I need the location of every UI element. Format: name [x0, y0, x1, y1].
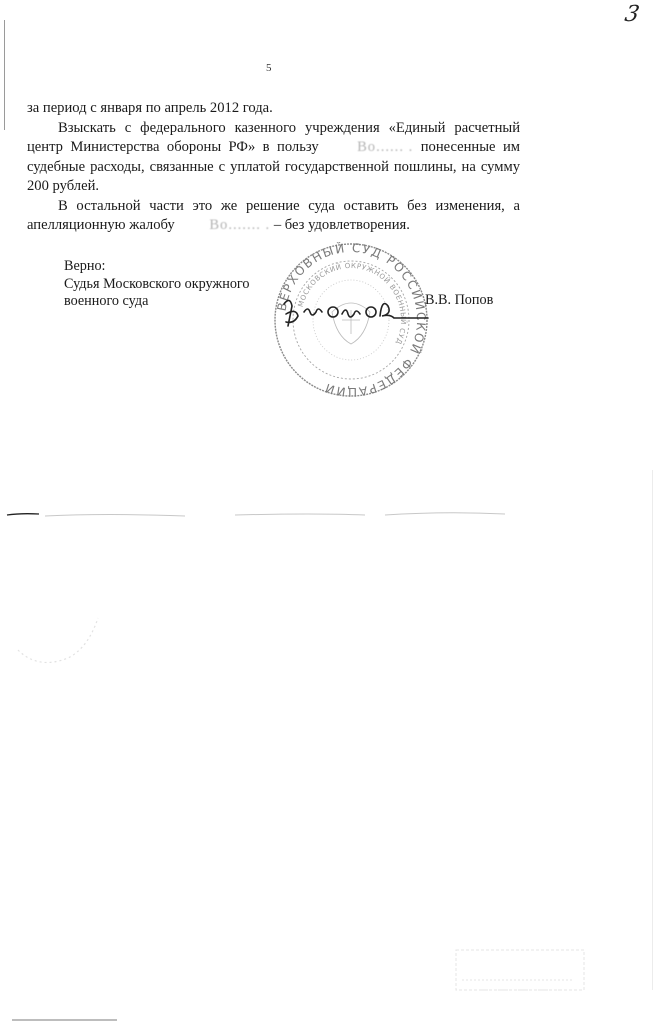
paragraph-remaining-decision: В остальной части это же решение суда ос… [27, 197, 520, 236]
redacted-name: Во....... . [178, 216, 270, 236]
faint-registration-box [452, 948, 587, 1008]
judge-title-line1: Судья Московского окружного [64, 276, 249, 294]
seal-inner-text: МОСКОВСКИЙ ОКРУЖНОЙ ВОЕННЫЙ СУД [297, 262, 408, 346]
bottom-scan-line [12, 1019, 117, 1021]
faint-stamp-ghost [8, 595, 103, 670]
scan-artifact-line [5, 510, 515, 520]
certification-block: Верно: Судья Московского окружного военн… [64, 258, 249, 311]
paragraph-period: за период с января по апрель 2012 года. [27, 99, 520, 119]
svg-text:МОСКОВСКИЙ ОКРУЖНОЙ ВОЕННЫЙ СУ: МОСКОВСКИЙ ОКРУЖНОЙ ВОЕННЫЙ СУД [297, 262, 408, 346]
court-seal-stamp: ВЕРХОВНЫЙ СУД РОССИЙСКОЙ ФЕДЕРАЦИИ МОСКО… [262, 242, 440, 397]
ruling-text: за период с января по апрель 2012 года. … [27, 99, 520, 236]
redacted-name: Во...... . [326, 138, 413, 158]
certified-label: Верно: [64, 258, 249, 276]
paragraph-recover-costs: Взыскать с федерального казенного учрежд… [27, 119, 520, 197]
judge-title-line2: военного суда [64, 293, 249, 311]
page-number: 5 [266, 62, 272, 74]
judge-name: В.В. Попов [425, 292, 493, 309]
left-scan-edge [4, 20, 5, 130]
right-scan-edge [652, 470, 653, 990]
paragraph-text-after: – без удовлетворения. [270, 217, 410, 233]
sheet-number: 3 [623, 2, 641, 27]
